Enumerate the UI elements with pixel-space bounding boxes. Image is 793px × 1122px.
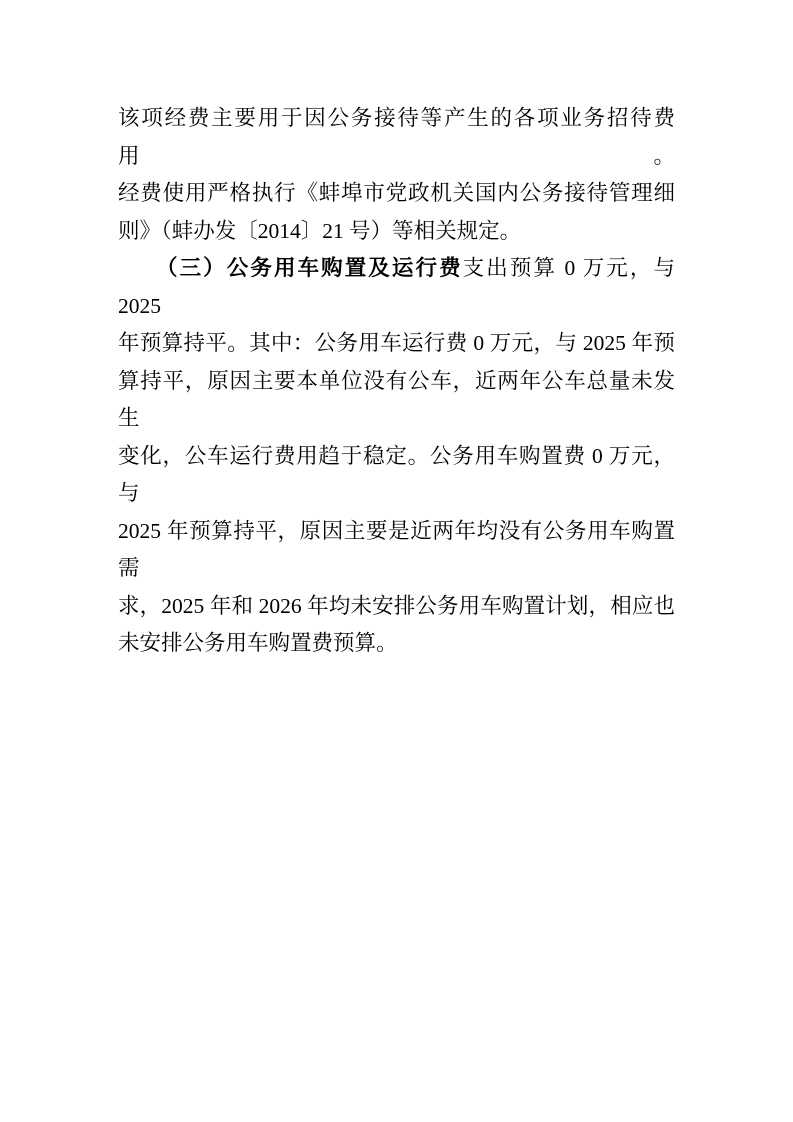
paragraph-line: 未安排公务用车购置费预算。 [118,625,675,663]
section-heading: （三）公务用车购置及运行费 [156,256,463,280]
page-content: 该项经费主要用于因公务接待等产生的各项业务招待费用。 经费使用严格执行《蚌埠市党… [118,100,675,663]
paragraph-line: 求，2025 年和 2026 年均未安排公务用车购置计划，相应也 [118,588,675,626]
paragraph-line: 变化，公车运行费用趋于稳定。公务用车购置费 0 万元，与 [118,438,675,513]
paragraph-line: 经费使用严格执行《蚌埠市党政机关国内公务接待管理细 [118,175,675,213]
document-page: 该项经费主要用于因公务接待等产生的各项业务招待费用。 经费使用严格执行《蚌埠市党… [0,0,793,1122]
paragraph-line: （三）公务用车购置及运行费支出预算 0 万元，与 2025 [118,250,675,325]
paragraph-line: 年预算持平。其中：公务用车运行费 0 万元，与 2025 年预 [118,325,675,363]
paragraph-line: 该项经费主要用于因公务接待等产生的各项业务招待费用。 [118,100,675,175]
paragraph-line: 2025 年预算持平，原因主要是近两年均没有公务用车购置需 [118,513,675,588]
paragraph-line: 算持平，原因主要本单位没有公车，近两年公车总量未发生 [118,363,675,438]
paragraph-line: 则》（蚌办发〔2014〕21 号）等相关规定。 [118,213,675,251]
